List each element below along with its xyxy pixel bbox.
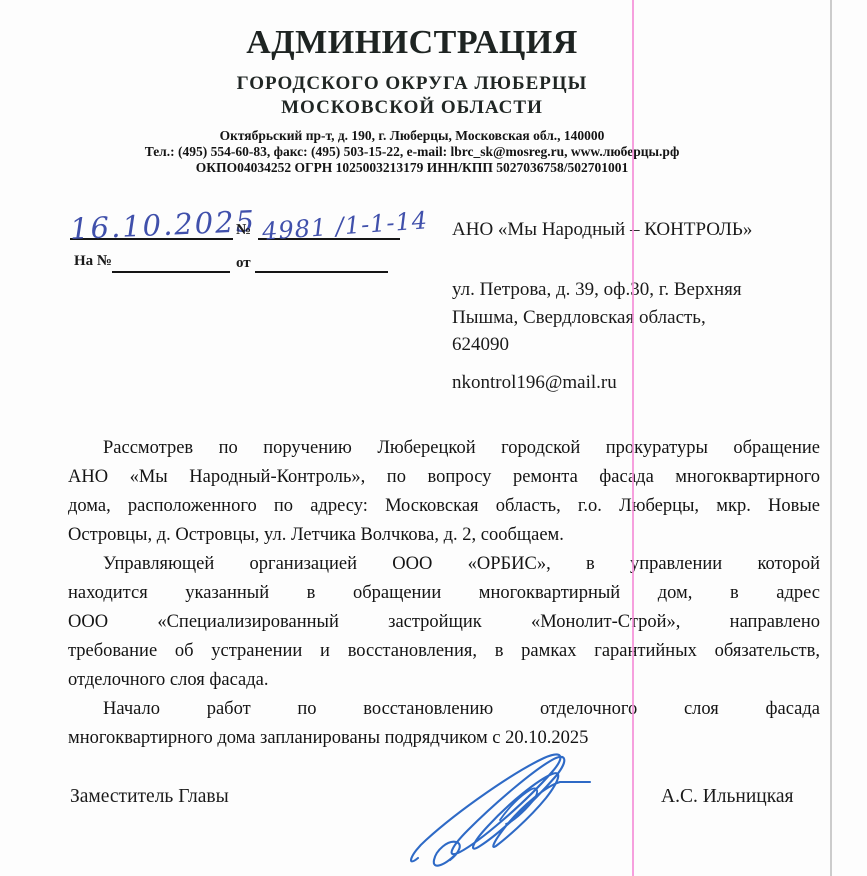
incoming-reference-row: На № от (70, 253, 405, 277)
reply-to-label: На № (74, 253, 112, 270)
paragraph-2: Управляющей организацией ООО «ОРБИС», в … (68, 550, 820, 695)
recipient-block: АНО «Мы Народный – КОНТРОЛЬ» ул. Петрова… (452, 218, 828, 395)
organization-subtitle-1: ГОРОДСКОГО ОКРУГА ЛЮБЕРЦЫ (0, 73, 824, 95)
letterhead: АДМИНИСТРАЦИЯ ГОРОДСКОГО ОКРУГА ЛЮБЕРЦЫ … (0, 24, 824, 176)
text-line: Пышма, Свердловская область, (452, 304, 828, 332)
organization-subtitle-2: МОСКОВСКОЙ ОБЛАСТИ (0, 97, 824, 119)
text-line: АНО «Мы Народный-Контроль», по вопросу р… (68, 463, 820, 492)
signer-position-title: Заместитель Главы (70, 786, 229, 808)
text-line: Начало работ по восстановлению отделочно… (68, 695, 820, 724)
date-underline: 16.10.2025 (70, 196, 233, 240)
organization-address: Октябрьский пр-т, д. 190, г. Люберцы, Мо… (0, 128, 824, 144)
organization-codes: ОКПО04034252 ОГРН 1025003213179 ИНН/КПП … (0, 160, 824, 176)
signature-stroke-main (411, 754, 590, 861)
handwritten-signature (404, 742, 604, 872)
text-line: ул. Петрова, д. 39, оф.30, г. Верхняя (452, 276, 828, 304)
text-line: находится указанный в обращении многоква… (68, 579, 820, 608)
scan-artifact-pink-line (632, 0, 634, 876)
letter-body: Рассмотрев по поручению Люберецкой город… (68, 434, 820, 753)
organization-contacts: Тел.: (495) 554-60-83, факс: (495) 503-1… (0, 144, 824, 160)
reply-number-underline (112, 235, 230, 273)
text-line: Рассмотрев по поручению Люберецкой город… (68, 434, 820, 463)
recipient-address: ул. Петрова, д. 39, оф.30, г. ВерхняяПыш… (452, 276, 828, 359)
from-date-underline (255, 235, 388, 273)
recipient-email: nkontrol196@mail.ru (452, 371, 828, 395)
text-line: 624090 (452, 331, 828, 359)
text-line: отделочного слоя фасада. (68, 666, 820, 695)
paragraph-1: Рассмотрев по поручению Люберецкой город… (68, 434, 820, 550)
text-line: ООО «Специализированный застройщик «Моно… (68, 608, 820, 637)
text-line: Островцы, д. Островцы, ул. Летчика Волчк… (68, 521, 820, 550)
from-date-label: от (236, 255, 251, 272)
recipient-name: АНО «Мы Народный – КОНТРОЛЬ» (452, 218, 828, 242)
signer-name: А.С. Ильницкая (661, 786, 794, 808)
scan-artifact-gray-line (830, 0, 832, 876)
text-line: дома, расположенного по адресу: Московск… (68, 492, 820, 521)
text-line: требование об устранении и восстановлени… (68, 637, 820, 666)
organization-title: АДМИНИСТРАЦИЯ (0, 24, 824, 62)
number-underline: 4981 /1-1-14 (258, 196, 400, 240)
reference-block: 16.10.2025 № 4981 /1-1-14 На № от (70, 196, 405, 277)
number-sign-label: № (236, 222, 251, 239)
text-line: Управляющей организацией ООО «ОРБИС», в … (68, 550, 820, 579)
letter-document-page: АДМИНИСТРАЦИЯ ГОРОДСКОГО ОКРУГА ЛЮБЕРЦЫ … (0, 0, 867, 876)
